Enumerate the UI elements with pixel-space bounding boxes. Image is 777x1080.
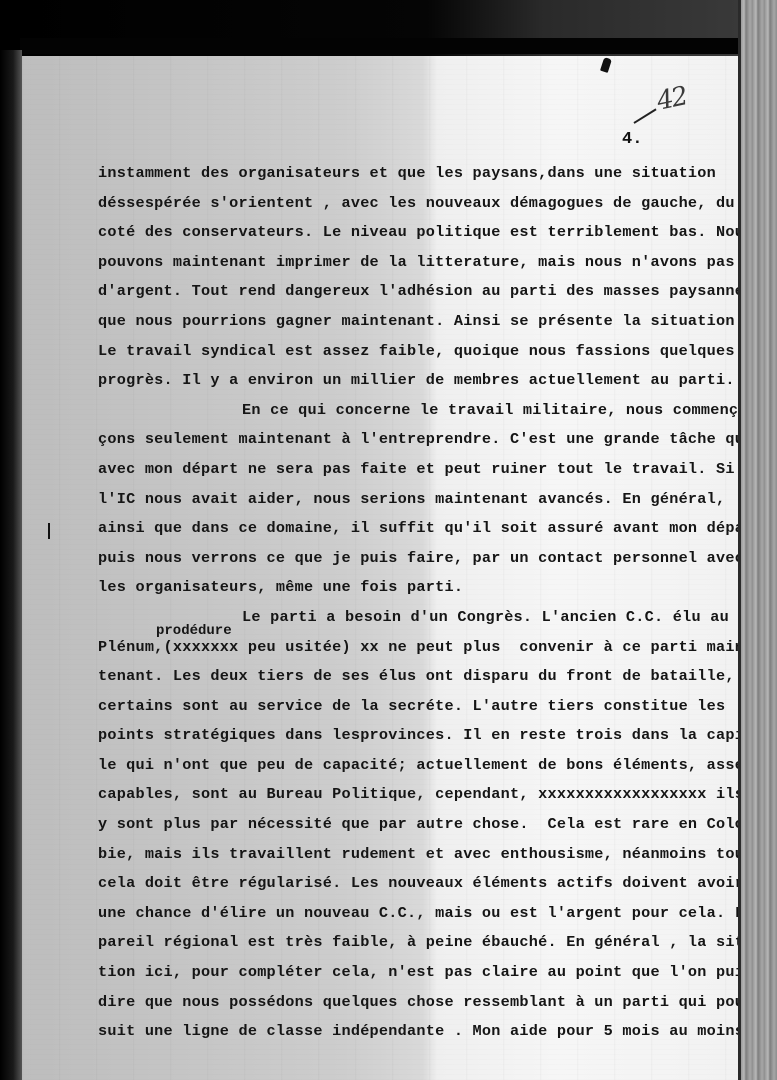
text-line: cela doit être régularisé. Les nouveaux …	[98, 869, 738, 899]
text-line: y sont plus par nécessité que par autre …	[98, 810, 738, 840]
text-line: Le parti a besoin d'un Congrès. L'ancien…	[98, 603, 738, 633]
text-line: tion ici, pour compléter cela, n'est pas…	[98, 958, 738, 988]
text-line: d'argent. Tout rend dangereux l'adhésion…	[98, 277, 738, 307]
scan-left-edge	[0, 50, 22, 1080]
text-line: ainsi que dans ce domaine, il suffit qu'…	[98, 514, 738, 544]
text-line: En ce qui concerne le travail militaire,…	[98, 396, 738, 426]
text-line: Le travail syndical est assez faible, qu…	[98, 337, 738, 367]
document-page: 42 4. prodédure instamment des organisat…	[22, 56, 738, 1080]
text-line: tenant. Les deux tiers de ses élus ont d…	[98, 662, 738, 692]
text-line: pareil régional est très faible, à peine…	[98, 928, 738, 958]
margin-mark	[48, 523, 50, 539]
text-line: coté des conservateurs. Le niveau politi…	[98, 218, 738, 248]
text-line: déssespérée s'orientent , avec les nouve…	[98, 189, 738, 219]
text-line: puis nous verrons ce que je puis faire, …	[98, 544, 738, 574]
text-line: bie, mais ils travaillent rudement et av…	[98, 840, 738, 870]
text-line: points stratégiques dans lesprovinces. I…	[98, 721, 738, 751]
typed-page-number: 4.	[622, 130, 642, 149]
text-line: l'IC nous avait aider, nous serions main…	[98, 485, 738, 515]
text-line: les organisateurs, même une fois parti.	[98, 573, 738, 603]
text-line: çons seulement maintenant à l'entreprend…	[98, 425, 738, 455]
text-line: dire que nous possédons quelques chose r…	[98, 988, 738, 1018]
text-line: progrès. Il y a environ un millier de me…	[98, 366, 738, 396]
text-line: une chance d'élire un nouveau C.C., mais…	[98, 899, 738, 929]
scan-right-edge	[738, 0, 777, 1080]
handwritten-page-number: 42	[654, 81, 689, 116]
typed-body-text: instamment des organisateurs et que les …	[98, 159, 738, 1047]
text-line: certains sont au service de la secréte. …	[98, 692, 738, 722]
text-line: pouvons maintenant imprimer de la litter…	[98, 248, 738, 278]
text-line: suit une ligne de classe indépendante . …	[98, 1017, 738, 1047]
text-line: instamment des organisateurs et que les …	[98, 159, 738, 189]
text-line: avec mon départ ne sera pas faite et peu…	[98, 455, 738, 485]
scan-top-shadow	[0, 0, 777, 60]
text-line: que nous pourrions gagner maintenant. Ai…	[98, 307, 738, 337]
arrow-annotation-icon	[633, 108, 656, 123]
text-line: le qui n'ont que peu de capacité; actuel…	[98, 751, 738, 781]
ink-blot-mark	[600, 57, 612, 73]
text-line: capables, sont au Bureau Politique, cepe…	[98, 780, 738, 810]
text-line: Plénum,(xxxxxxx peu usitée) xx ne peut p…	[98, 633, 738, 663]
